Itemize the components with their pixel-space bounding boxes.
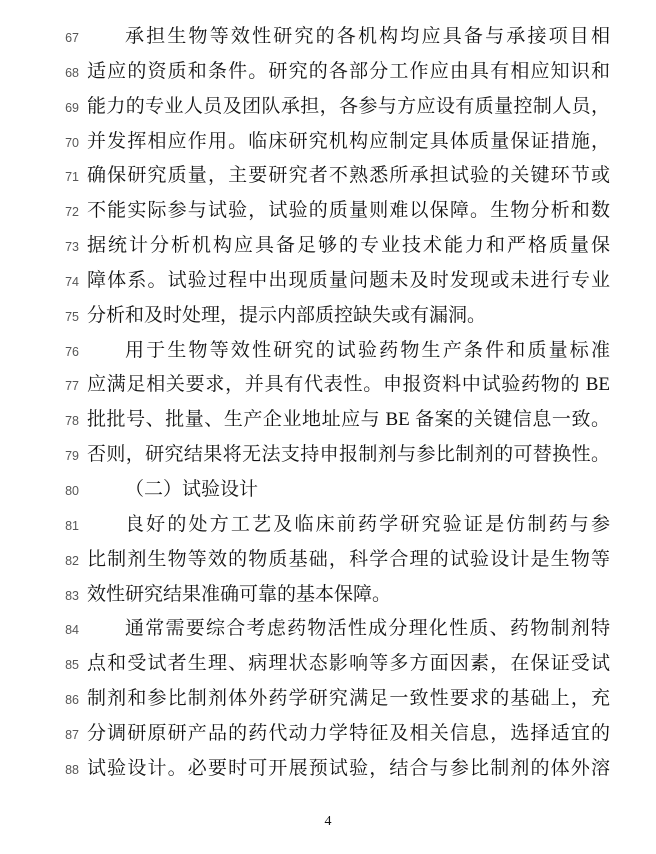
line-number: 79	[60, 439, 79, 473]
document-line: 69 能力的专业人员及团队承担，各参与方应设有质量控制人员，	[0, 90, 656, 125]
line-text: 通常需要综合考虑药物活性成分理化性质、药物制剂特	[87, 612, 610, 647]
line-number: 68	[60, 56, 79, 90]
line-text: 应满足相关要求，并具有代表性。申报资料中试验药物的 BE	[87, 368, 610, 403]
line-number: 85	[60, 648, 79, 682]
document-line: 70 并发挥相应作用。临床研究机构应制定具体质量保证措施，	[0, 125, 656, 160]
line-number: 71	[60, 160, 79, 194]
line-text: 适应的资质和条件。研究的各部分工作应由具有相应知识和	[87, 55, 610, 90]
document-line: 74 障体系。试验过程中出现质量问题未及时发现或未进行专业	[0, 264, 656, 299]
document-line: 77 应满足相关要求，并具有代表性。申报资料中试验药物的 BE	[0, 368, 656, 403]
line-number: 76	[60, 335, 79, 369]
line-text: 试验设计。必要时可开展预试验，结合与参比制剂的体外溶	[87, 752, 610, 787]
line-number: 86	[60, 683, 79, 717]
line-number: 77	[60, 369, 79, 403]
line-text: 制剂和参比制剂体外药学研究满足一致性要求的基础上，充	[87, 682, 610, 717]
document-line: 72 不能实际参与试验，试验的质量则难以保障。生物分析和数	[0, 194, 656, 229]
line-number: 75	[60, 300, 79, 334]
line-number: 81	[60, 509, 79, 543]
document-line: 73 据统计分析机构应具备足够的专业技术能力和严格质量保	[0, 229, 656, 264]
line-number: 72	[60, 195, 79, 229]
document-line: 75 分析和及时处理，提示内部质控缺失或有漏洞。	[0, 299, 656, 334]
document-page: 67 承担生物等效性研究的各机构均应具备与承接项目相 68 适应的资质和条件。研…	[0, 0, 656, 854]
document-line: 78 批批号、批量、生产企业地址应与 BE 备案的关键信息一致。	[0, 403, 656, 438]
document-line: 87 分调研原研产品的药代动力学特征及相关信息，选择适宜的	[0, 717, 656, 752]
line-text: 并发挥相应作用。临床研究机构应制定具体质量保证措施，	[87, 125, 610, 160]
line-number: 83	[60, 579, 79, 613]
line-text: 用于生物等效性研究的试验药物生产条件和质量标准	[87, 334, 610, 369]
line-text: 分析和及时处理，提示内部质控缺失或有漏洞。	[87, 299, 610, 334]
document-line: 81 良好的处方工艺及临床前药学研究验证是仿制药与参	[0, 508, 656, 543]
line-text: 效性研究结果准确可靠的基本保障。	[87, 578, 610, 613]
line-number: 78	[60, 404, 79, 438]
line-number: 70	[60, 126, 79, 160]
document-line: 85 点和受试者生理、病理状态影响等多方面因素，在保证受试	[0, 647, 656, 682]
line-number: 88	[60, 753, 79, 787]
document-line: 79 否则，研究结果将无法支持申报制剂与参比制剂的可替换性。	[0, 438, 656, 473]
document-line: 86 制剂和参比制剂体外药学研究满足一致性要求的基础上，充	[0, 682, 656, 717]
line-text: 分调研原研产品的药代动力学特征及相关信息，选择适宜的	[87, 717, 610, 752]
document-line: 71 确保研究质量，主要研究者不熟悉所承担试验的关键环节或	[0, 159, 656, 194]
line-text: 承担生物等效性研究的各机构均应具备与承接项目相	[87, 20, 610, 55]
line-text: 据统计分析机构应具备足够的专业技术能力和严格质量保	[87, 229, 610, 264]
line-number: 67	[60, 21, 79, 55]
line-text: 能力的专业人员及团队承担，各参与方应设有质量控制人员，	[87, 90, 610, 125]
line-text: 批批号、批量、生产企业地址应与 BE 备案的关键信息一致。	[87, 403, 610, 438]
line-number: 73	[60, 230, 79, 264]
line-text: 不能实际参与试验，试验的质量则难以保障。生物分析和数	[87, 194, 610, 229]
line-text: 良好的处方工艺及临床前药学研究验证是仿制药与参	[87, 508, 610, 543]
document-line: 84 通常需要综合考虑药物活性成分理化性质、药物制剂特	[0, 612, 656, 647]
line-number: 80	[60, 474, 79, 508]
line-number: 69	[60, 91, 79, 125]
line-number: 87	[60, 718, 79, 752]
line-number: 84	[60, 613, 79, 647]
document-line: 82 比制剂生物等效的物质基础，科学合理的试验设计是生物等	[0, 543, 656, 578]
line-number: 74	[60, 265, 79, 299]
document-line: 76 用于生物等效性研究的试验药物生产条件和质量标准	[0, 334, 656, 369]
line-number: 82	[60, 544, 79, 578]
page-number: 4	[0, 814, 656, 830]
line-text: （二）试验设计	[87, 473, 610, 508]
document-body: 67 承担生物等效性研究的各机构均应具备与承接项目相 68 适应的资质和条件。研…	[0, 0, 656, 787]
document-line: 88 试验设计。必要时可开展预试验，结合与参比制剂的体外溶	[0, 752, 656, 787]
document-line: 68 适应的资质和条件。研究的各部分工作应由具有相应知识和	[0, 55, 656, 90]
document-line: 67 承担生物等效性研究的各机构均应具备与承接项目相	[0, 20, 656, 55]
document-line: 83 效性研究结果准确可靠的基本保障。	[0, 578, 656, 613]
line-text: 否则，研究结果将无法支持申报制剂与参比制剂的可替换性。	[87, 438, 610, 473]
line-text: 障体系。试验过程中出现质量问题未及时发现或未进行专业	[87, 264, 610, 299]
line-text: 确保研究质量，主要研究者不熟悉所承担试验的关键环节或	[87, 159, 610, 194]
document-line: 80 （二）试验设计	[0, 473, 656, 508]
line-text: 点和受试者生理、病理状态影响等多方面因素，在保证受试	[87, 647, 610, 682]
line-text: 比制剂生物等效的物质基础，科学合理的试验设计是生物等	[87, 543, 610, 578]
